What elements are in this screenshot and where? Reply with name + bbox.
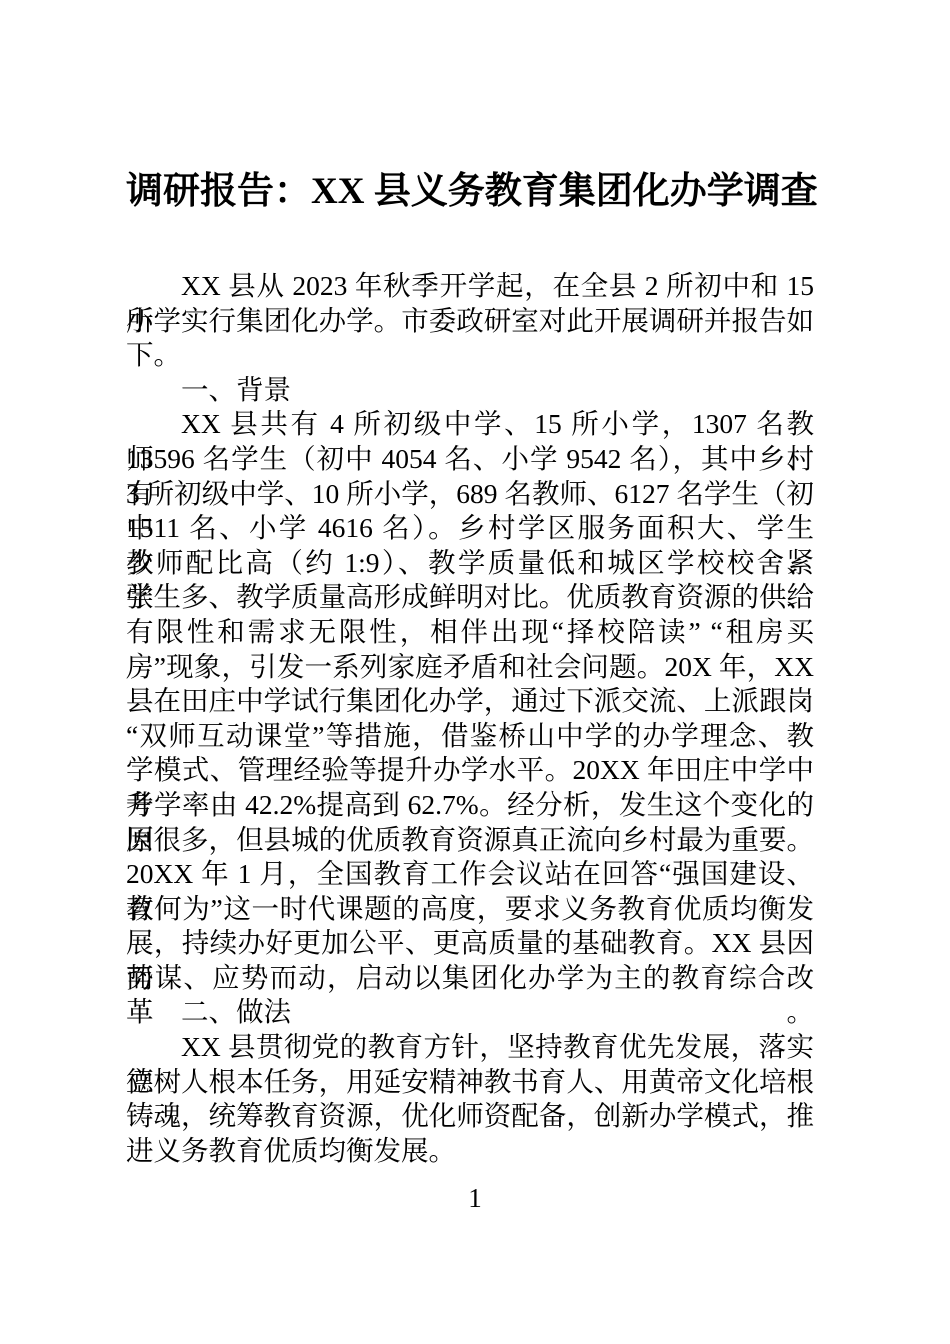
text-line: 1511 名、小学 4616 名）。乡村学区服务面积大、学生少、: [126, 511, 814, 546]
text-line: 学生多、教学质量高形成鲜明对比。优质教育资源的供给: [126, 580, 814, 615]
text-line: 小学实行集团化办学。市委政研室对此开展调研并报告如: [126, 304, 814, 339]
text-line: 县在田庄中学试行集团化办学，通过下派交流、上派跟岗: [126, 684, 814, 719]
text-line: 3 所初级中学、10 所小学，689 名教师、6127 名学生（初中: [126, 477, 814, 512]
text-line: 学模式、管理经验等提升办学水平。20XX 年田庄中学中考: [126, 753, 814, 788]
text-line: 升学率由 42.2%提高到 62.7%。经分析，发生这个变化的原: [126, 788, 814, 823]
text-line: 育何为”这一时代课题的高度，要求义务教育优质均衡发: [126, 892, 814, 927]
text-line: 德树人根本任务，用延安精神教书育人、用黄帝文化培根: [126, 1065, 814, 1100]
document-page: 调研报告：XX 县义务教育集团化办学调查 XX 县从 2023 年秋季开学起，在…: [0, 0, 950, 1344]
text-line: 铸魂，统筹教育资源，优化师资配备，创新办学模式，推: [126, 1099, 814, 1134]
document-title: 调研报告：XX 县义务教育集团化办学调查: [126, 170, 814, 214]
text-line: 而谋、应势而动，启动以集团化办学为主的教育综合改革。: [126, 961, 814, 996]
text-line: 房”现象，引发一系列家庭矛盾和社会问题。20X 年，XX: [126, 650, 814, 685]
text-line: 有限性和需求无限性，相伴出现“择校陪读” “租房买: [126, 615, 814, 650]
text-line: 13596 名学生（初中 4054 名、小学 9542 名），其中乡村有: [126, 442, 814, 477]
page-number: 1: [0, 1182, 950, 1214]
text-line: XX 县从 2023 年秋季开学起，在全县 2 所初中和 15 所: [126, 269, 814, 304]
text-line: 展，持续办好更加公平、更高质量的基础教育。XX 县因势: [126, 926, 814, 961]
text-line: 下。: [126, 338, 814, 373]
section-heading: 一、背景: [126, 373, 814, 408]
text-line: 教师配比高（约 1:9）、教学质量低和城区学校校舍紧张、: [126, 546, 814, 581]
text-line: 因很多，但县城的优质教育资源真正流向乡村最为重要。: [126, 823, 814, 858]
text-line: “双师互动课堂”等措施，借鉴桥山中学的办学理念、教: [126, 719, 814, 754]
text-line: 进义务教育优质均衡发展。: [126, 1134, 814, 1169]
text-line: XX 县共有 4 所初级中学、15 所小学，1307 名教师、: [126, 407, 814, 442]
document-body: XX 县从 2023 年秋季开学起，在全县 2 所初中和 15 所小学实行集团化…: [126, 269, 814, 1168]
text-line: 20XX 年 1 月，全国教育工作会议站在回答“强国建设、教: [126, 857, 814, 892]
text-line: XX 县贯彻党的教育方针，坚持教育优先发展，落实立: [126, 1030, 814, 1065]
